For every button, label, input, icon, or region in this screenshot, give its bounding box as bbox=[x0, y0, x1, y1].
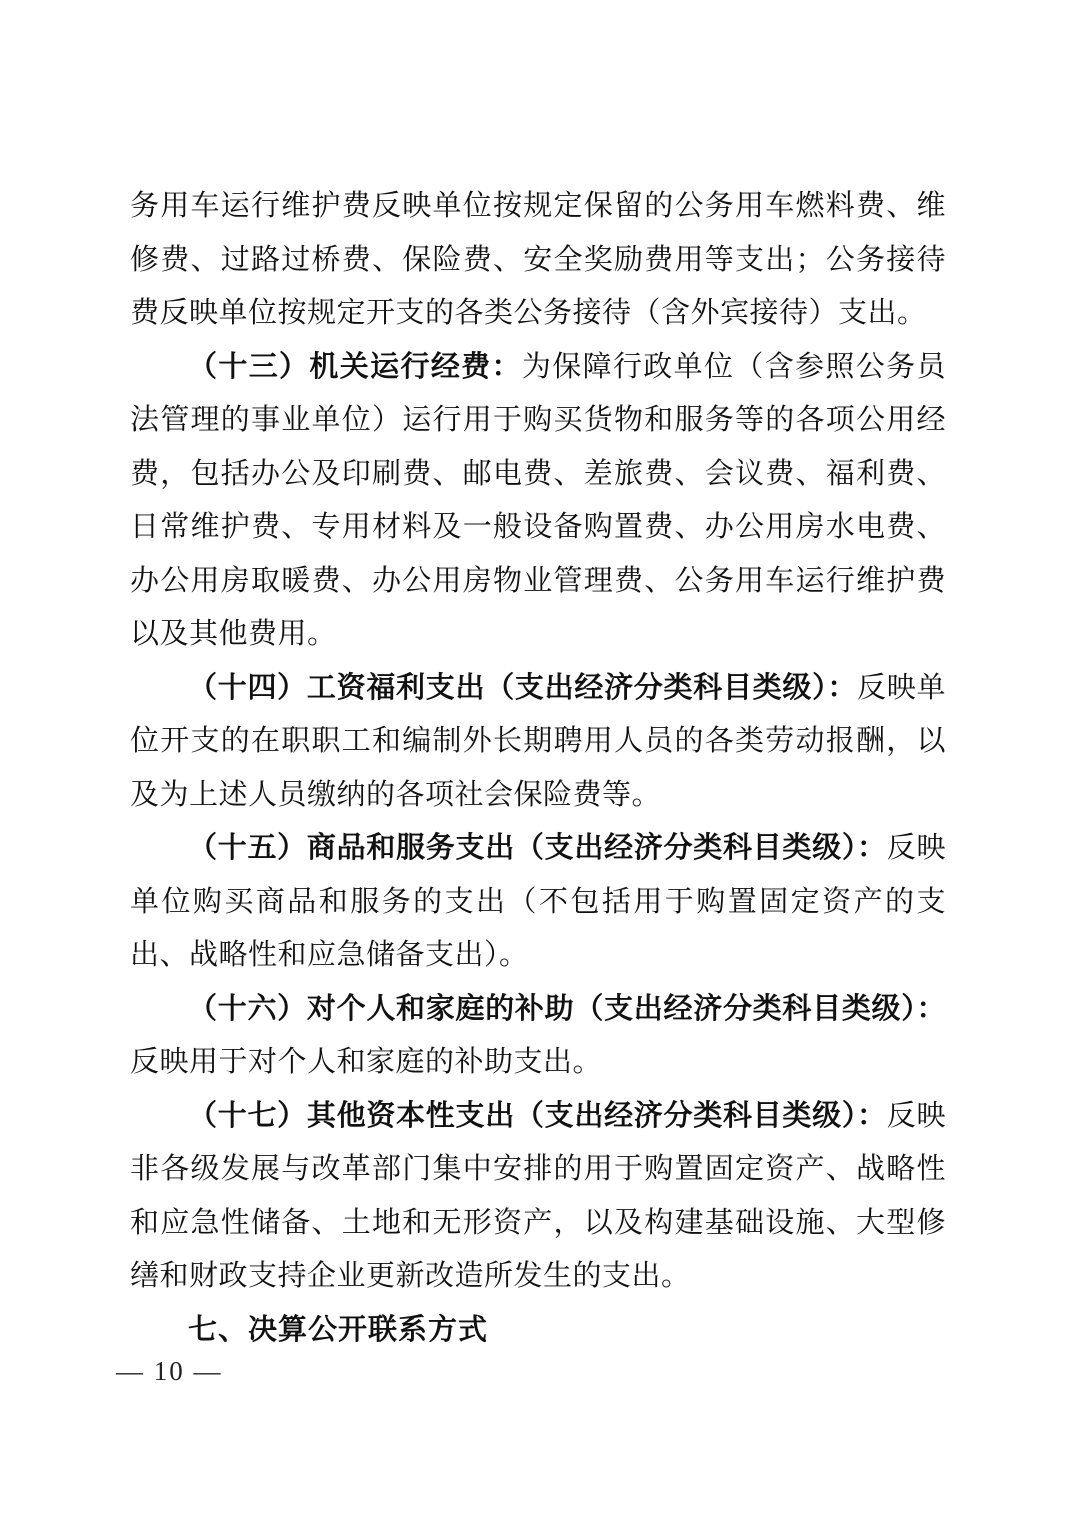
section-heading: 七、决算公开联系方式 bbox=[130, 1304, 946, 1358]
paragraph-body: 为保障行政单位（含参照公务员法管理的事业单位）运行用于购买货物和服务等的各项公用… bbox=[130, 351, 946, 651]
document-body: 务用车运行维护费反映单位按规定保留的公务用车燃料费、维修费、过路过桥费、保险费、… bbox=[130, 180, 946, 1357]
paragraph-item-17: （十七）其他资本性支出（支出经济分类科目类级）：反映非各级发展与改革部门集中安排… bbox=[130, 1090, 946, 1304]
paragraph-body: 务用车运行维护费反映单位按规定保留的公务用车燃料费、维修费、过路过桥费、保险费、… bbox=[130, 190, 946, 329]
paragraph-lead: （十五）商品和服务支出（支出经济分类科目类级）： bbox=[188, 832, 887, 864]
paragraph-item-14: （十四）工资福利支出（支出经济分类科目类级）：反映单位开支的在职职工和编制外长期… bbox=[130, 662, 946, 823]
paragraph-lead: （十七）其他资本性支出（支出经济分类科目类级）： bbox=[188, 1100, 887, 1132]
paragraph-lead: （十三）机关运行经费： bbox=[188, 351, 522, 383]
paragraph-item-16: （十六）对个人和家庭的补助（支出经济分类科目类级）：反映用于对个人和家庭的补助支… bbox=[130, 983, 946, 1090]
paragraph-item-13: （十三）机关运行经费：为保障行政单位（含参照公务员法管理的事业单位）运行用于购买… bbox=[130, 341, 946, 662]
page-number: — 10 — bbox=[116, 1356, 223, 1387]
paragraph-lead: （十四）工资福利支出（支出经济分类科目类级）： bbox=[188, 672, 857, 704]
paragraph-item-15: （十五）商品和服务支出（支出经济分类科目类级）：反映单位购买商品和服务的支出（不… bbox=[130, 822, 946, 983]
paragraph-lead: （十六）对个人和家庭的补助（支出经济分类科目类级）： bbox=[188, 993, 946, 1025]
paragraph-body: 反映用于对个人和家庭的补助支出。 bbox=[130, 1046, 602, 1078]
document-page: 务用车运行维护费反映单位按规定保留的公务用车燃料费、维修费、过路过桥费、保险费、… bbox=[0, 0, 1074, 1520]
paragraph-continuation: 务用车运行维护费反映单位按规定保留的公务用车燃料费、维修费、过路过桥费、保险费、… bbox=[130, 180, 946, 341]
